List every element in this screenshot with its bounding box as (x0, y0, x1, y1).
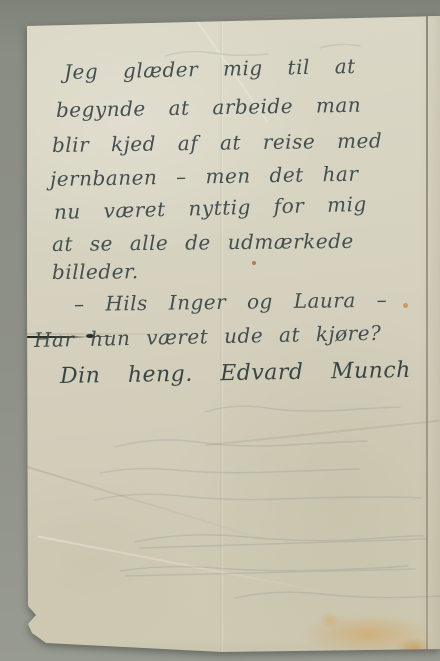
handwriting-line-5: nu været nyttig for mig (54, 192, 367, 224)
photo-background: Jeg glæder mig til at begynde at arbeide… (0, 0, 440, 661)
handwriting-line-6: at se alle de udmærkede (52, 229, 354, 256)
stain-speck (403, 303, 408, 308)
handwriting-line-greeting: – Hils Inger og Laura – (74, 288, 387, 316)
diagonal-crease (38, 535, 343, 596)
letter-sheet-wrapper: Jeg glæder mig til at begynde at arbeide… (0, 0, 440, 661)
diagonal-crease (206, 420, 440, 447)
ink-speck (252, 261, 256, 265)
handwriting-line-question: Har hun været ude at kjøre? (34, 321, 382, 352)
handwriting-line-3: blir kjed af at reise med (52, 128, 382, 157)
diagonal-crease (26, 466, 285, 547)
letter-page: Jeg glæder mig til at begynde at arbeide… (0, 0, 440, 661)
second-page-edge (428, 14, 440, 651)
handwriting-line-4: jernbanen – men det har (50, 162, 359, 191)
page-fold-edge (426, 16, 428, 650)
handwriting-signature: Din heng. Edvard Munch (60, 358, 411, 389)
handwriting-line-2: begynde at arbeide man (56, 93, 362, 122)
handwriting-line-1: Jeg glæder mig til at (64, 54, 356, 84)
handwriting-line-7: billeder. (52, 259, 139, 284)
